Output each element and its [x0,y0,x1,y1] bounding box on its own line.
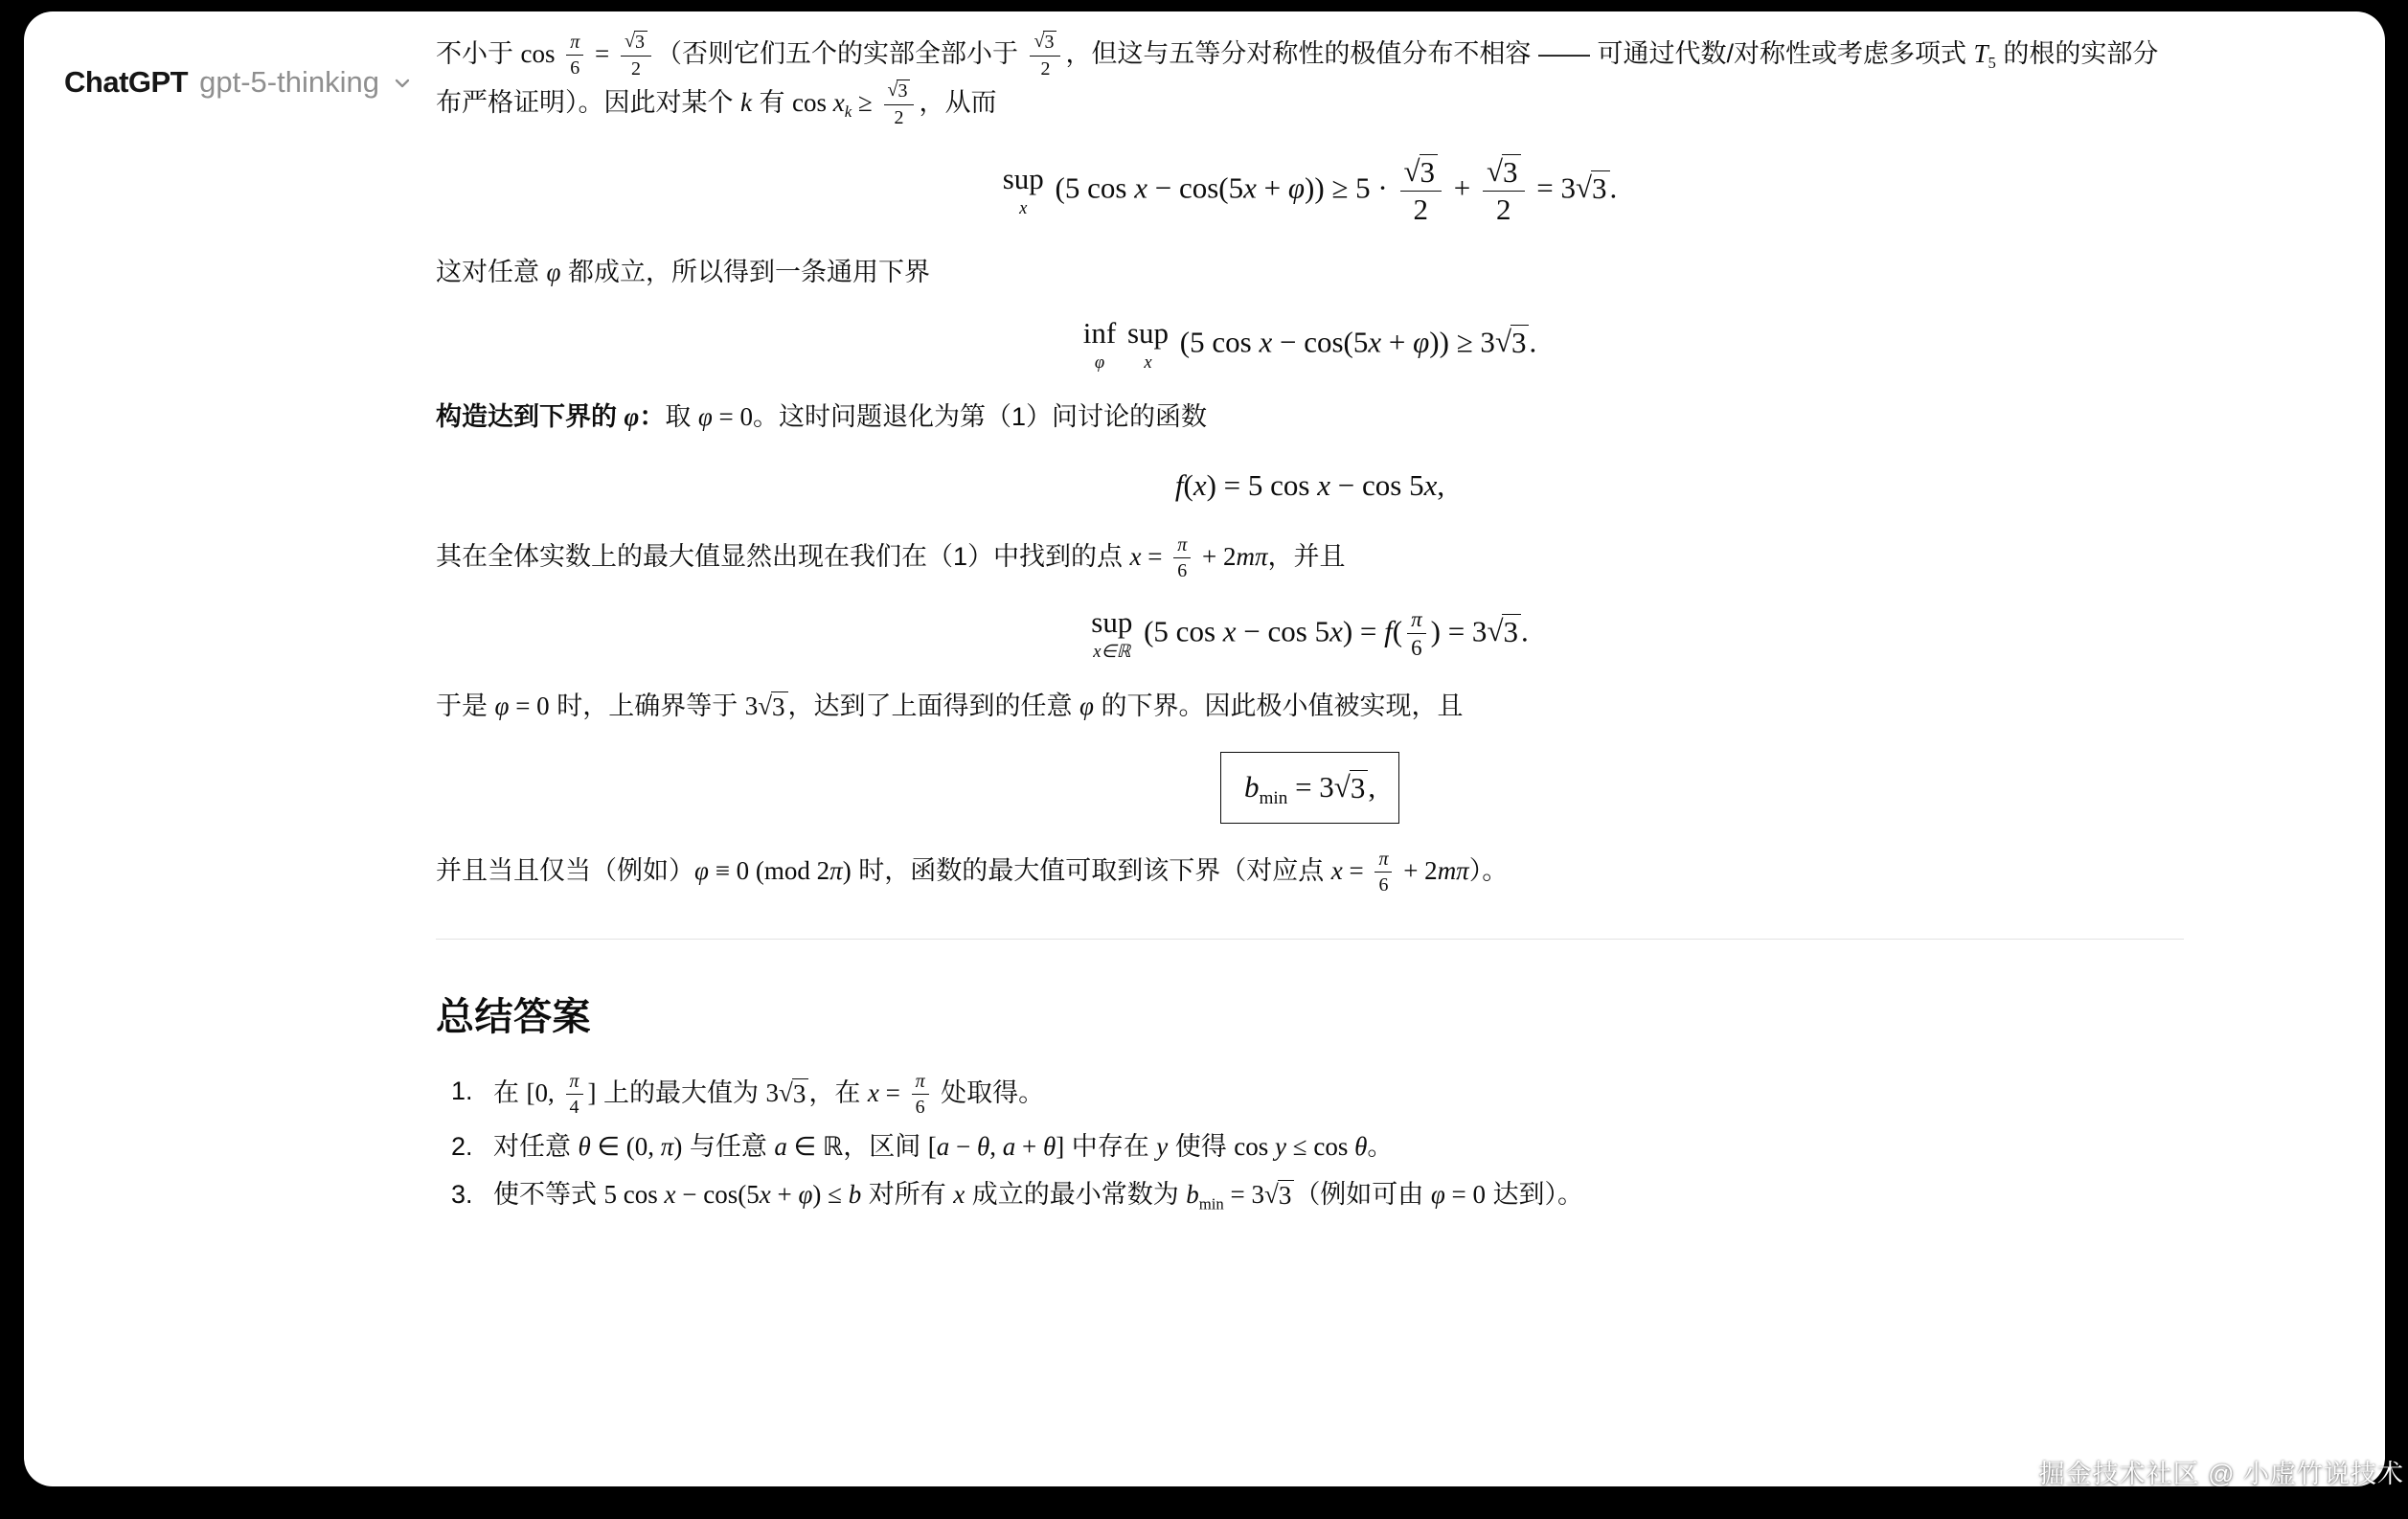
screenshot-root: { "header": { "brand": "ChatGPT", "model… [0,0,2408,1519]
watermark: 掘金技术社区 @ 小虚竹说技术 [2039,1453,2404,1490]
formula-f-definition: f(x) = 5 cos x − cos 5x, [436,463,2184,510]
brand-label: ChatGPT [64,67,188,97]
summary-item-3: 3. 使不等式 5 cos x − cos(5x + φ) ≤ b 对所有 x … [451,1174,2184,1215]
formula-sup-equals: supx∈ℝ (5 cos x − cos 5x) = f(π6) = 3√3. [436,607,2184,662]
list-marker-3: 3. [451,1174,493,1215]
paragraph-phi-zero-case: 于是 φ = 0 时，上确界等于 3√3，达到了上面得到的任意 φ 的下界。因此… [436,686,2184,727]
summary-item-1-text: 在 [0, π4] 上的最大值为 3√3，在 x = π6 处取得。 [493,1071,2184,1119]
paragraph-iff-condition: 并且当且仅当（例如）φ ≡ 0 (mod 2π) 时，函数的最大值可取到该下界（… [436,849,2184,896]
chevron-down-icon [391,72,414,95]
list-marker-2: 2. [451,1126,493,1168]
paragraph-holds-for-all-phi: 这对任意 φ 都成立，所以得到一条通用下界 [436,252,2184,293]
model-selector[interactable]: ChatGPT gpt-5-thinking [64,67,414,97]
formula-bmin-result: bmin = 3√3, [436,752,2184,824]
assistant-message: 不小于 cos π6 = √32（否则它们五个的实部全部小于 √32，但这与五等… [436,15,2184,1223]
boxed-result: bmin = 3√3, [1220,752,1399,824]
model-label: gpt-5-thinking [199,67,379,97]
summary-heading: 总结答案 [436,987,2184,1048]
summary-item-3-text: 使不等式 5 cos x − cos(5x + φ) ≤ b 对所有 x 成立的… [493,1174,2184,1215]
summary-item-2: 2. 对任意 θ ∈ (0, π) 与任意 a ∈ ℝ，区间 [a − θ, a… [451,1126,2184,1168]
summary-item-2-text: 对任意 θ ∈ (0, π) 与任意 a ∈ ℝ，区间 [a − θ, a + … [493,1126,2184,1168]
formula-sup-lower-bound: supx (5 cos x − cos(5x + φ)) ≥ 5 · √32 +… [436,154,2184,227]
chat-panel: ChatGPT gpt-5-thinking 不小于 cos π6 = √32（… [24,11,2385,1486]
section-divider [436,939,2184,940]
paragraph-construct-phi: 构造达到下界的 φ：取 φ = 0。这时问题退化为第（1）问讨论的函数 [436,397,2184,438]
summary-list: 1. 在 [0, π4] 上的最大值为 3√3，在 x = π6 处取得。 2.… [436,1071,2184,1215]
summary-item-1: 1. 在 [0, π4] 上的最大值为 3√3，在 x = π6 处取得。 [451,1071,2184,1119]
paragraph-max-location: 其在全体实数上的最大值显然出现在我们在（1）中找到的点 x = π6 + 2mπ… [436,534,2184,582]
formula-inf-sup: infφ supx (5 cos x − cos(5x + φ)) ≥ 3√3. [436,318,2184,373]
paragraph-lower-bound-argument: 不小于 cos π6 = √32（否则它们五个的实部全部小于 √32，但这与五等… [436,31,2184,129]
list-marker-1: 1. [451,1071,493,1119]
